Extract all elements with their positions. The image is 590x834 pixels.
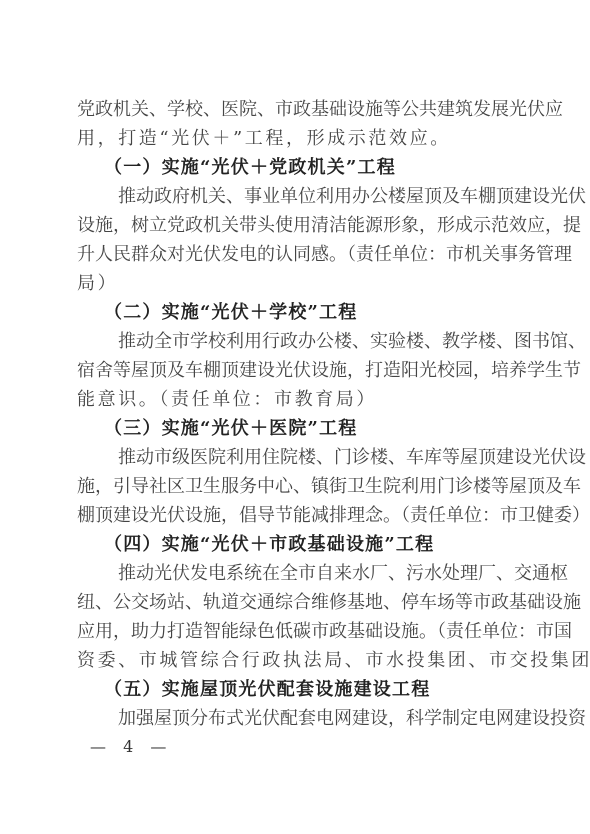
- body-text-line: 能意识。（责任单位：市教育局）: [77, 387, 513, 413]
- section-heading-2: （二）实施“光伏＋学校”工程: [104, 300, 540, 326]
- body-text-line: 设施，树立党政机关带头使用清洁能源形象，形成示范效应，提: [77, 213, 513, 239]
- body-text-line: 局）: [77, 271, 513, 297]
- section-heading-3: （三）实施“光伏＋医院”工程: [104, 416, 540, 442]
- section-heading-5: （五）实施屋顶光伏配套设施建设工程: [104, 677, 540, 703]
- body-text-line: 应用，助力打造智能绿色低碳市政基础设施。（责任单位：市国: [77, 619, 513, 645]
- body-text-line: 用，打造“光伏＋”工程，形成示范效应。: [77, 126, 513, 152]
- paragraph-first-line: 推动全市学校利用行政办公楼、实验楼、教学楼、图书馆、: [118, 329, 513, 355]
- paragraph-first-line: 推动政府机关、事业单位利用办公楼屋顶及车棚顶建设光伏: [118, 184, 513, 210]
- section-heading-4: （四）实施“光伏＋市政基础设施”工程: [104, 532, 540, 558]
- paragraph-first-line: 推动光伏发电系统在全市自来水厂、污水处理厂、交通枢: [118, 561, 513, 587]
- body-text-line: 升人民群众对光伏发电的认同感。（责任单位：市机关事务管理: [77, 242, 513, 268]
- body-text-line: 资委、市城管综合行政执法局、市水投集团、市交投集团）: [77, 648, 513, 674]
- body-text-line: 宿舍等屋顶及车棚顶建设光伏设施，打造阳光校园，培养学生节: [77, 358, 513, 384]
- body-text-line: 棚顶建设光伏设施，倡导节能减排理念。（责任单位：市卫健委）: [77, 503, 513, 529]
- body-text-line: 施，引导社区卫生服务中心、镇街卫生院利用门诊楼等屋顶及车: [77, 474, 513, 500]
- body-text-line: 纽、公交场站、轨道交通综合维修基地、停车场等市政基础设施: [77, 590, 513, 616]
- document-page: 党政机关、学校、医院、市政基础设施等公共建筑发展光伏应 用，打造“光伏＋”工程，…: [0, 0, 590, 834]
- section-heading-1: （一）实施“光伏＋党政机关”工程: [104, 155, 540, 181]
- paragraph-first-line: 推动市级医院利用住院楼、门诊楼、车库等屋顶建设光伏设: [118, 445, 513, 471]
- body-text-line: 党政机关、学校、医院、市政基础设施等公共建筑发展光伏应: [77, 97, 513, 123]
- page-number: — 4 —: [90, 734, 172, 760]
- paragraph-first-line: 加强屋顶分布式光伏配套电网建设，科学制定电网建设投资: [118, 706, 513, 732]
